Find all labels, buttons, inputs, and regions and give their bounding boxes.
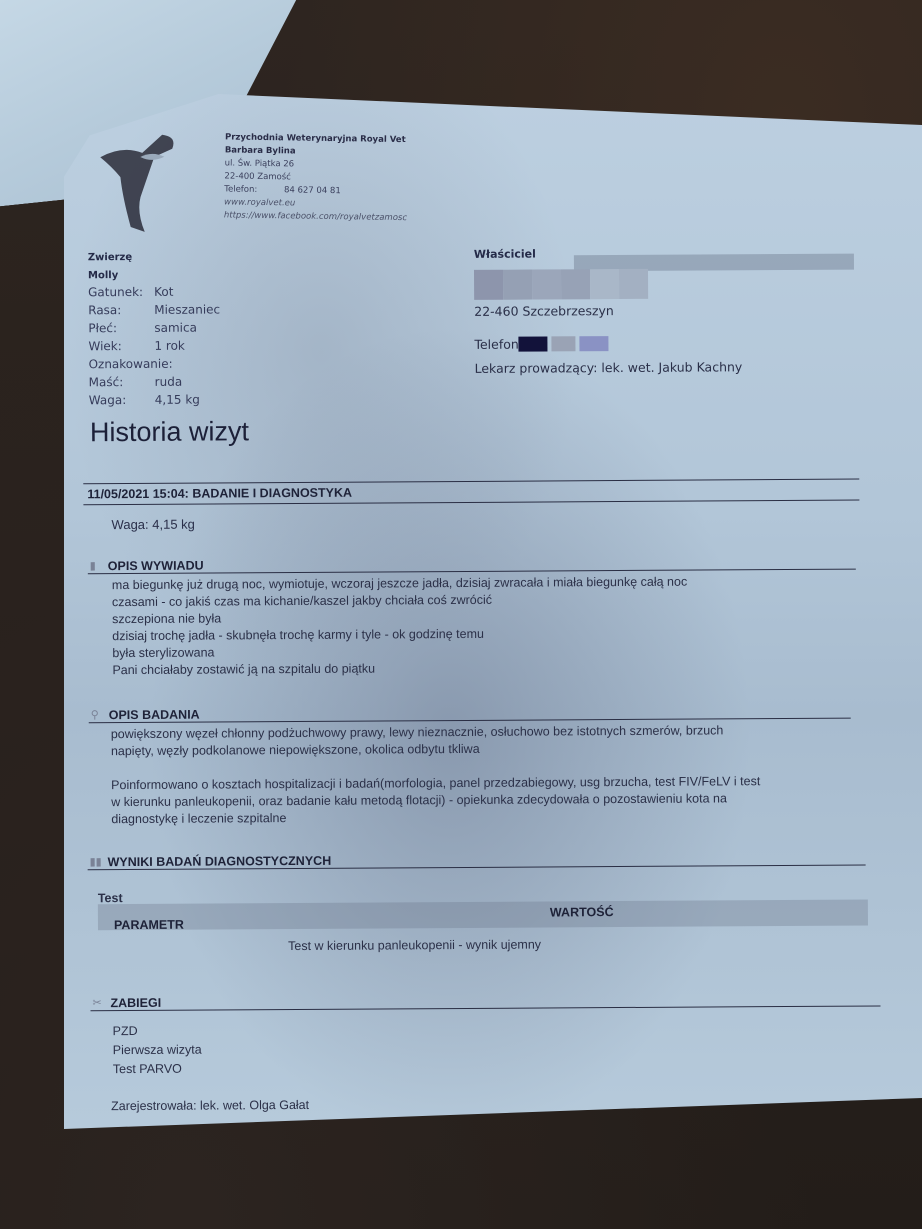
field-label: Maść: — [89, 373, 155, 391]
procedures-section-header: ✂ ZABIEGI — [90, 991, 880, 1011]
field-label: Waga: — [89, 391, 155, 409]
field-value: Kot — [154, 283, 173, 301]
field-label: Płeć: — [88, 319, 154, 337]
animal-header: Zwierzę — [88, 251, 220, 263]
animal-field: Maść:ruda — [89, 372, 221, 391]
clinic-phone-label: Telefon: — [224, 184, 257, 194]
test-tubes-icon: ▮▮ — [90, 855, 102, 868]
clipboard-icon: ▮ — [90, 559, 96, 572]
results-header-label: WYNIKI BADAŃ DIAGNOSTYCZNYCH — [108, 854, 332, 869]
exam-line: diagnostykę i leczenie szpitalne — [111, 807, 760, 828]
owner-phone-redacted-2 — [552, 336, 576, 351]
registered-by: Zarejestrowała: lek. wet. Olga Gałat — [111, 1097, 309, 1115]
field-value: 1 rok — [154, 337, 185, 355]
scissors-icon: ✂ — [92, 996, 101, 1009]
field-label: Oznakowanie: — [88, 355, 154, 373]
field-value: 4,15 kg — [155, 391, 200, 409]
visit-header: 11/05/2021 15:04: BADANIE I DIAGNOSTYKA — [83, 479, 859, 506]
interview-line: Pani chciałaby zostawić ją na szpitalu d… — [112, 659, 687, 680]
clinic-phone: 84 627 04 81 — [284, 185, 341, 196]
interview-line: ma biegunkę już drugą noc, wymiotuje, wc… — [112, 574, 687, 595]
procedure-item: PZD — [113, 1022, 202, 1042]
field-label: Gatunek: — [88, 283, 154, 301]
animal-name: Molly — [88, 268, 220, 283]
exam-text: powiększony węzeł chłonny podżuchwowy pr… — [111, 722, 761, 828]
animal-field: Rasa:Mieszaniec — [88, 300, 220, 319]
field-label: Wiek: — [88, 337, 154, 355]
animal-info: Zwierzę Molly Gatunek:KotRasa:Mieszaniec… — [88, 251, 221, 409]
animal-field: Gatunek:Kot — [88, 282, 220, 301]
field-value: samica — [154, 319, 197, 337]
interview-section-header: ▮ OPIS WYWIADU — [88, 555, 856, 575]
results-row-value: Test w kierunku panleukopenii - wynik uj… — [288, 937, 541, 956]
procedures-header-label: ZABIEGI — [110, 996, 161, 1010]
clinic-info: Przychodnia Weterynaryjna Royal Vet Barb… — [224, 131, 409, 225]
field-label: Rasa: — [88, 301, 154, 319]
owner-phone-row: Telefon — [474, 336, 608, 352]
results-section-header: ▮▮ WYNIKI BADAŃ DIAGNOSTYCZNYCH — [88, 851, 866, 871]
royal-vet-logo-icon — [92, 127, 188, 238]
field-value: Mieszaniec — [154, 300, 220, 318]
results-table-header: PARAMETR WARTOŚĆ — [98, 900, 868, 931]
exam-header-label: OPIS BADANIA — [109, 708, 200, 723]
animal-field: Waga:4,15 kg — [89, 390, 221, 409]
interview-header-label: OPIS WYWIADU — [108, 559, 204, 574]
document-content: Przychodnia Weterynaryjna Royal Vet Barb… — [0, 0, 922, 1229]
attending-doctor: Lekarz prowadzący: lek. wet. Jakub Kachn… — [475, 359, 743, 376]
animal-field: Oznakowanie: — [88, 354, 220, 373]
col-parametr: PARAMETR — [114, 918, 184, 932]
owner-phone-redacted — [519, 336, 548, 351]
procedures-list: PZDPierwsza wizytaTest PARVO — [113, 1022, 202, 1080]
field-value: ruda — [155, 373, 183, 391]
col-wartosc: WARTOŚĆ — [550, 905, 614, 919]
owner-info: Właściciel 22-460 Szczebrzeszyn Telefon … — [474, 246, 854, 261]
exam-section-header: ⚲ OPIS BADANIA — [89, 704, 851, 724]
procedure-item: Pierwsza wizyta — [113, 1041, 202, 1061]
stethoscope-icon: ⚲ — [91, 708, 99, 721]
page-title: Historia wizyt — [90, 416, 249, 448]
animal-fields: Gatunek:KotRasa:MieszaniecPłeć:samicaWie… — [88, 282, 221, 409]
owner-city: 22-460 Szczebrzeszyn — [474, 303, 614, 319]
clinic-facebook: https://www.facebook.com/royalvetzamosc — [224, 209, 407, 225]
owner-phone-label: Telefon — [474, 337, 518, 352]
animal-field: Płeć:samica — [88, 318, 220, 337]
owner-phone-redacted-3 — [580, 336, 609, 351]
animal-field: Wiek:1 rok — [88, 336, 220, 355]
interview-text: ma biegunkę już drugą noc, wymiotuje, wc… — [112, 574, 688, 680]
visit-weight: Waga: 4,15 kg — [111, 517, 194, 533]
procedure-item: Test PARVO — [113, 1060, 202, 1080]
owner-name-redacted — [474, 269, 648, 300]
